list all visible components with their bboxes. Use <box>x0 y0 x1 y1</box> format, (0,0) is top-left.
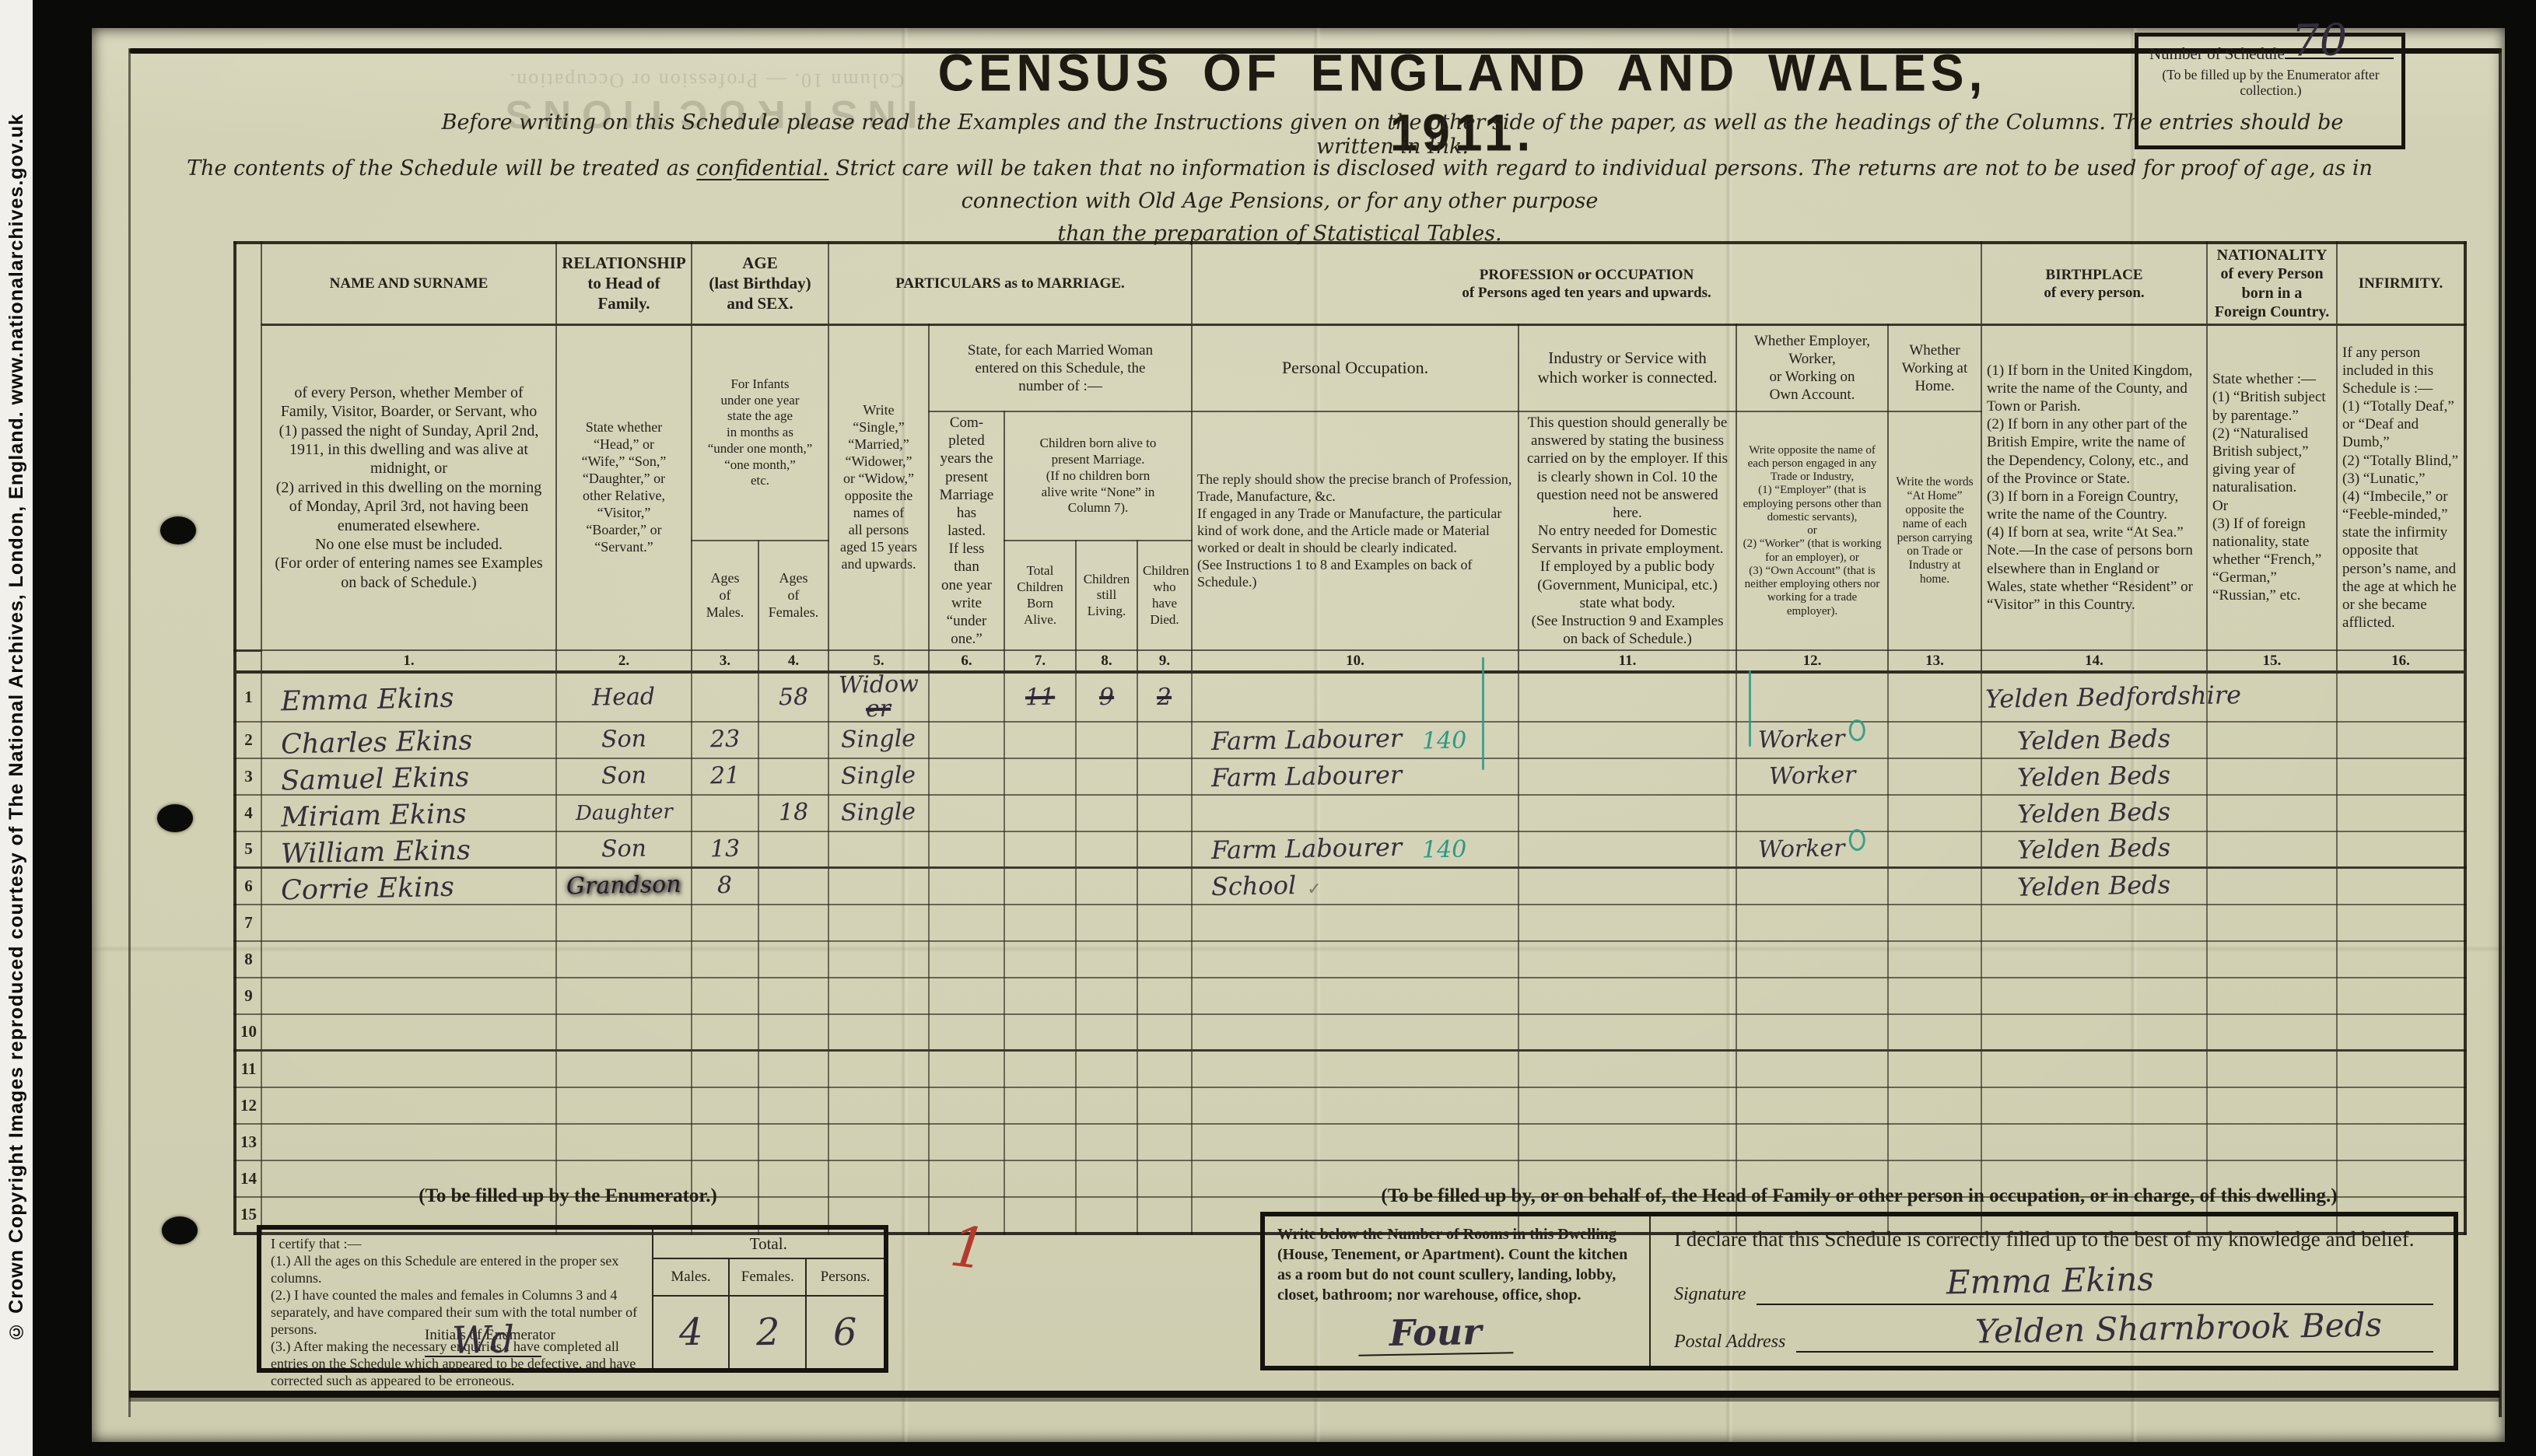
form-bottom-rule <box>129 1391 2500 1398</box>
ages-males-label: Ages of Males. <box>692 541 758 650</box>
row-number-column-head <box>235 243 261 650</box>
table-row: 7 <box>235 905 2465 941</box>
postal-address-value: Yelden Sharnbrook Beds <box>1974 1308 2382 1348</box>
postal-address-line: Yelden Sharnbrook Beds <box>1796 1343 2433 1353</box>
ages-females-label: Ages of Females. <box>758 541 828 650</box>
confidential-notice: The contents of the Schedule will be tre… <box>156 152 2404 250</box>
table-row: 5 William Ekins Son 13 Farm Labourer140 … <box>235 831 2465 868</box>
occupation-code: 140 <box>1422 729 1467 753</box>
schedule-number-label: Number of Schedule <box>2149 44 2285 63</box>
schedule-number-note: (To be filled up by the Enumerator after… <box>2149 67 2392 98</box>
rooms-value: Four <box>1358 1313 1513 1356</box>
marriage-years-note: Com- pleted years the present Marriage h… <box>929 411 1004 650</box>
relationship-instructions: State whether “Head,” or “Wife,” “Son,” … <box>556 324 692 650</box>
occupation-label: Personal Occupation. <box>1192 324 1518 411</box>
signature-line: Emma Ekins <box>1757 1296 2433 1305</box>
industry-instructions: This question should generally be answer… <box>1518 411 1736 650</box>
table-row: 2 Charles Ekins Son 23 Single Farm Labou… <box>235 722 2465 758</box>
punch-hole-icon <box>157 804 193 832</box>
form-right-rule <box>2499 48 2502 1417</box>
dwelling-declaration-box: Write below the Number of Rooms in this … <box>1260 1212 2458 1370</box>
intro-instruction-line: Before writing on this Schedule please r… <box>405 110 2380 159</box>
age-entry: 23 <box>710 728 741 752</box>
totals-table: Total. Males. Females. Persons. 4 2 6 <box>653 1230 884 1368</box>
children-living-entry: 9 <box>1099 685 1115 709</box>
at-home-instructions: Write the words “At Home” opposite the n… <box>1888 411 1981 650</box>
table-row: 1 Emma Ekins Head 58 Widower 11 9 2 Yeld… <box>235 672 2465 721</box>
children-died-label: Children who have Died. <box>1137 541 1192 650</box>
children-total-entry: 11 <box>1025 685 1056 709</box>
punch-hole-icon <box>160 516 196 544</box>
certify-text: I certify that :— (1.) All the ages on t… <box>261 1230 653 1368</box>
census-table: NAME AND SURNAME RELATIONSHIP to Head of… <box>233 241 2467 1235</box>
col-head-age: AGE (last Birthday) and SEX. <box>692 243 828 324</box>
age-entry: 58 <box>779 685 809 709</box>
col-head-nationality: NATIONALITY of every Person born in a Fo… <box>2207 243 2337 324</box>
birthplace-instructions: (1) If born in the United Kingdom, write… <box>1981 324 2207 650</box>
age-infants-note: For Infants under one year state the age… <box>692 324 828 541</box>
marriage-state-note: Write “Single,” “Married,” “Widower,” or… <box>828 324 929 650</box>
col-head-birthplace: BIRTHPLACE of every person. <box>1981 243 2207 324</box>
occupation-entry: Farm Labourer <box>1211 726 1403 754</box>
marriage-entry: Widow <box>839 674 919 698</box>
females-label: Females. <box>730 1259 807 1297</box>
industry-label: Industry or Service with which worker is… <box>1518 324 1736 411</box>
col-head-profession: PROFESSION or OCCUPATION of Persons aged… <box>1192 243 1981 324</box>
col-head-relationship: RELATIONSHIP to Head of Family. <box>556 243 692 324</box>
table-row: 12 <box>235 1087 2465 1124</box>
declaration-area: I declare that this Schedule is correctl… <box>1651 1216 2454 1366</box>
persons-label: Persons. <box>807 1259 884 1297</box>
table-row: 6 Corrie Ekins Grandson 8 School✓ Yelden… <box>235 868 2465 905</box>
table-row: 10 <box>235 1014 2465 1051</box>
persons-value: 6 <box>833 1314 857 1352</box>
enumerator-caption: (To be filled up by the Enumerator.) <box>327 1185 809 1207</box>
children-total-label: Total Children Born Alive. <box>1004 541 1076 650</box>
males-value: 4 <box>678 1314 702 1352</box>
children-born-note: Children born alive to present Marriage.… <box>1004 411 1192 541</box>
occupation-instructions: The reply should show the precise branch… <box>1192 411 1518 650</box>
col-head-name: NAME AND SURNAME <box>261 243 556 324</box>
at-home-label: Whether Working at Home. <box>1888 324 1981 411</box>
enumerator-teal-stroke <box>1749 670 1751 747</box>
table-row: 11 <box>235 1051 2465 1087</box>
table-row: 3 Samuel Ekins Son 21 Single Farm Labour… <box>235 758 2465 795</box>
males-label: Males. <box>653 1259 730 1297</box>
form-left-rule <box>128 48 131 1417</box>
employer-instructions: Write opposite the name of each person e… <box>1736 411 1888 650</box>
head-of-family-caption: (To be filled up by, or on behalf of, th… <box>1284 1185 2435 1207</box>
underlined-confidential: confidential. <box>696 156 828 180</box>
postal-address-label: Postal Address <box>1674 1332 1785 1353</box>
col-head-marriage: PARTICULARS as to MARRIAGE. <box>828 243 1192 324</box>
employer-label: Whether Employer, Worker, or Working on … <box>1736 324 1888 411</box>
table-row: 9 <box>235 978 2465 1014</box>
table-row: 13 <box>235 1124 2465 1160</box>
infirmity-instructions: If any person included in this Schedule … <box>2337 324 2465 650</box>
children-living-label: Children still Living. <box>1076 541 1137 650</box>
signature-value: Emma Ekins <box>1946 1263 2155 1300</box>
census-table-wrap: NAME AND SURNAME RELATIONSHIP to Head of… <box>233 241 2464 1235</box>
relationship-entry: Head <box>592 685 656 709</box>
col-head-infirmity: INFIRMITY. <box>2337 243 2465 324</box>
children-died-entry: 2 <box>1157 685 1172 709</box>
table-row: 8 <box>235 941 2465 978</box>
rooms-instruction: Write below the Number of Rooms in this … <box>1265 1216 1651 1366</box>
copyright-text: © Crown Copyright Images reproduced cour… <box>5 114 28 1342</box>
total-label: Total. <box>653 1230 884 1259</box>
enumerator-initials-value: Wd <box>452 1321 515 1359</box>
copyright-strip: © Crown Copyright Images reproduced cour… <box>0 0 33 1456</box>
name-entry: Emma Ekins <box>281 685 454 716</box>
enumerator-box: I certify that :— (1.) All the ages on t… <box>257 1225 888 1373</box>
schedule-number-box: Number of Schedule70 (To be filled up by… <box>2135 33 2405 149</box>
check-mark: ✓ <box>1307 879 1321 898</box>
census-document-scan: © Crown Copyright Images reproduced cour… <box>0 0 2536 1456</box>
females-value: 2 <box>755 1314 779 1352</box>
declaration-text: I declare that this Schedule is correctl… <box>1674 1227 2433 1251</box>
signature-label: Signature <box>1674 1284 1746 1305</box>
name-entry: Charles Ekins <box>281 727 473 758</box>
married-woman-note: State, for each Married Woman entered on… <box>929 324 1192 411</box>
employer-entry: Worker <box>1758 727 1866 752</box>
column-numbers-row: 1. 2. 3. 4. 5. 6. 7. 8. 9. 10. 11. 12. 1… <box>235 650 2465 672</box>
nationality-instructions: State whether :— (1) “British subject by… <box>2207 324 2337 650</box>
birthplace-entry: Yelden Bedfordshire <box>1985 682 2242 712</box>
schedule-number-value: 70 <box>2291 19 2347 63</box>
table-row: 4 Miriam Ekins Daughter 18 Single Yelden… <box>235 795 2465 831</box>
punch-hole-icon <box>162 1216 198 1244</box>
name-instructions: of every Person, whether Member of Famil… <box>261 324 556 650</box>
enumerator-teal-stroke <box>1482 657 1484 770</box>
